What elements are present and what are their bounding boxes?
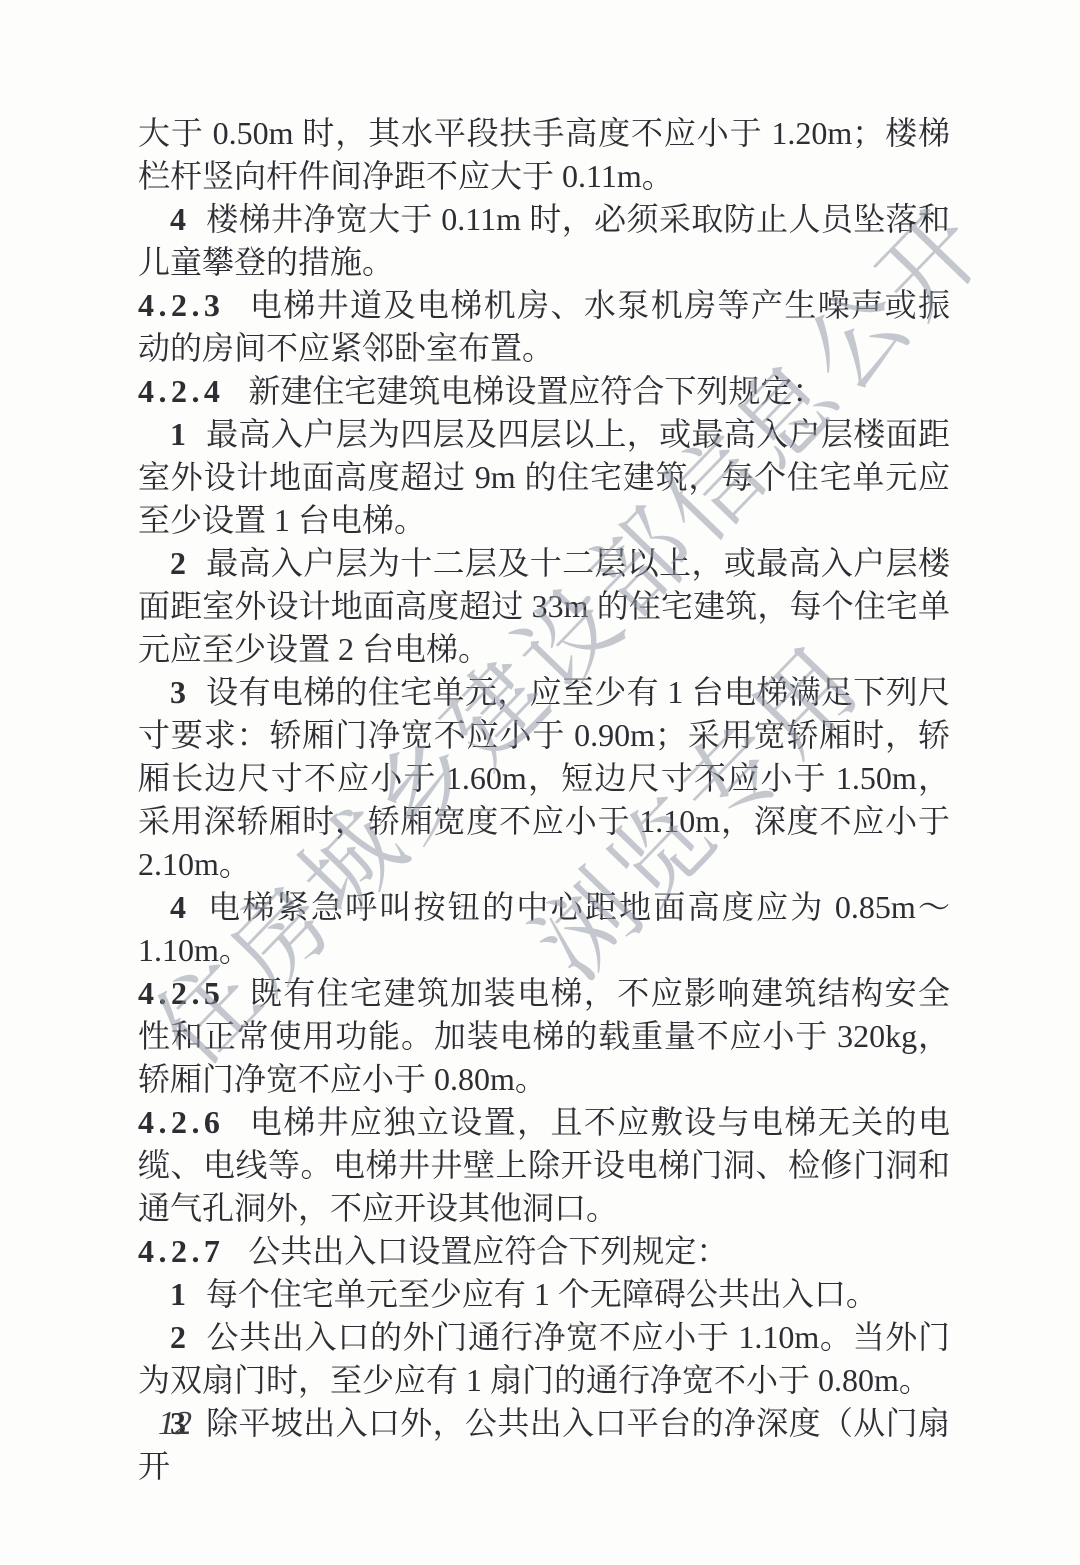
paragraph-text: 电梯井应独立设置，且不应敷设与电梯无关的电缆、电线等。电梯井井壁上除开设电梯门洞… [138,1104,950,1226]
clause-4-2-4: 4.2.4新建住宅建筑电梯设置应符合下列规定： [138,370,950,413]
item-number: 4 [170,889,186,925]
clause-item-3-entrance: 3除平坡出入口外，公共出入口平台的净深度（从门扇开 [138,1402,950,1488]
item-number: 2 [170,1319,186,1355]
paragraph-text: 公共出入口的外门通行净宽不应小于 1.10m。当外门为双扇门时，至少应有 1 扇… [138,1319,950,1398]
clause-4-2-6: 4.2.6电梯井应独立设置，且不应敷设与电梯无关的电缆、电线等。电梯井井壁上除开… [138,1101,950,1230]
paragraph-text: 大于 0.50m 时，其水平段扶手高度不应小于 1.20m；楼梯栏杆竖向杆件间净… [138,115,950,194]
clause-item-3-elevator: 3设有电梯的住宅单元，应至少有 1 台电梯满足下列尺寸要求：轿厢门净宽不应小于 … [138,671,950,886]
paragraph-text: 公共出入口设置应符合下列规定： [248,1233,728,1269]
clause-4-2-7: 4.2.7公共出入口设置应符合下列规定： [138,1230,950,1273]
clause-item-4-stairwell: 4楼梯井净宽大于 0.11m 时，必须采取防止人员坠落和儿童攀登的措施。 [138,198,950,284]
clause-item-2-entrance: 2公共出入口的外门通行净宽不应小于 1.10m。当外门为双扇门时，至少应有 1 … [138,1316,950,1402]
paragraph-text: 电梯井道及电梯机房、水泵机房等产生噪声或振动的房间不应紧邻卧室布置。 [138,287,950,366]
item-number: 2 [170,545,186,581]
paragraph-text: 除平坡出入口外，公共出入口平台的净深度（从门扇开 [138,1405,950,1484]
clause-4-2-5: 4.2.5既有住宅建筑加装电梯，不应影响建筑结构安全性和正常使用功能。加装电梯的… [138,972,950,1101]
clause-continuation: 大于 0.50m 时，其水平段扶手高度不应小于 1.20m；楼梯栏杆竖向杆件间净… [138,112,950,198]
paragraph-text: 设有电梯的住宅单元，应至少有 1 台电梯满足下列尺寸要求：轿厢门净宽不应小于 0… [138,674,950,882]
section-number: 4.2.6 [138,1104,224,1140]
clause-4-2-3: 4.2.3电梯井道及电梯机房、水泵机房等产生噪声或振动的房间不应紧邻卧室布置。 [138,284,950,370]
paragraph-text: 楼梯井净宽大于 0.11m 时，必须采取防止人员坠落和儿童攀登的措施。 [138,201,950,280]
paragraph-text: 电梯紧急呼叫按钮的中心距地面高度应为 0.85m～1.10m。 [138,889,950,968]
page-number: 12 [158,1405,192,1443]
clause-item-1-elevator: 1最高入户层为四层及四层以上，或最高入户层楼面距室外设计地面高度超过 9m 的住… [138,413,950,542]
section-number: 4.2.5 [138,975,224,1011]
clause-item-4-elevator: 4电梯紧急呼叫按钮的中心距地面高度应为 0.85m～1.10m。 [138,886,950,972]
document-page: 住房城乡建设部信息公开 浏览专用 大于 0.50m 时，其水平段扶手高度不应小于… [0,0,1080,1565]
clause-item-1-entrance: 1每个住宅单元至少应有 1 个无障碍公共出入口。 [138,1273,950,1316]
item-number: 4 [170,201,186,237]
document-body: 大于 0.50m 时，其水平段扶手高度不应小于 1.20m；楼梯栏杆竖向杆件间净… [138,112,950,1488]
paragraph-text: 每个住宅单元至少应有 1 个无障碍公共出入口。 [206,1276,878,1312]
section-number: 4.2.4 [138,373,224,409]
section-number: 4.2.3 [138,287,224,323]
item-number: 1 [170,416,186,452]
paragraph-text: 新建住宅建筑电梯设置应符合下列规定： [248,373,824,409]
paragraph-text: 最高入户层为十二层及十二层以上，或最高入户层楼面距室外设计地面高度超过 33m … [138,545,950,667]
clause-item-2-elevator: 2最高入户层为十二层及十二层以上，或最高入户层楼面距室外设计地面高度超过 33m… [138,542,950,671]
item-number: 1 [170,1276,186,1312]
section-number: 4.2.7 [138,1233,224,1269]
item-number: 3 [170,674,186,710]
paragraph-text: 既有住宅建筑加装电梯，不应影响建筑结构安全性和正常使用功能。加装电梯的载重量不应… [138,975,950,1097]
paragraph-text: 最高入户层为四层及四层以上，或最高入户层楼面距室外设计地面高度超过 9m 的住宅… [138,416,950,538]
